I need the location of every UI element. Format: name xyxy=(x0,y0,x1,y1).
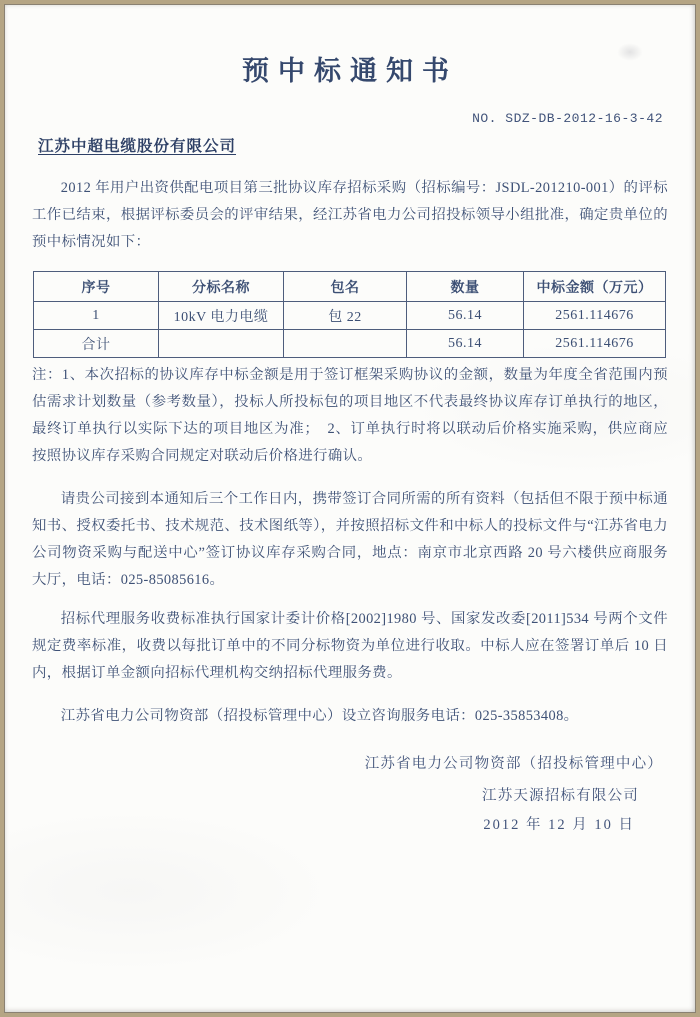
cell-total-package xyxy=(284,330,407,358)
signature-org-materials-dept: 江苏省电力公司物资部（招投标管理中心） xyxy=(365,752,663,773)
agency-fee-paragraph: 招标代理服务收费标准执行国家计委计价格[2002]1980 号、国家发改委[20… xyxy=(32,606,668,687)
col-header-quantity: 数量 xyxy=(407,272,524,302)
cell-total-label: 合计 xyxy=(34,330,159,358)
cell-total-amount: 2561.114676 xyxy=(524,330,666,358)
document-title: 预中标通知书 xyxy=(5,49,695,88)
col-header-lot-name: 分标名称 xyxy=(159,272,284,302)
document-number: NO. SDZ-DB-2012-16-3-42 xyxy=(472,111,663,126)
signature-date: 2012 年 12 月 10 日 xyxy=(483,813,635,834)
cell-package: 包 22 xyxy=(284,302,407,330)
recipient-company-name: 江苏中超电缆股份有限公司 xyxy=(38,134,236,156)
cell-total-quantity: 56.14 xyxy=(407,330,524,358)
table-row: 1 10kV 电力电缆 包 22 56.14 2561.114676 xyxy=(34,302,666,330)
table-total-row: 合计 56.14 2561.114676 xyxy=(34,330,666,358)
col-header-seq: 序号 xyxy=(34,272,159,302)
cell-quantity: 56.14 xyxy=(407,302,524,330)
col-header-package: 包名 xyxy=(284,272,407,302)
cell-amount: 2561.114676 xyxy=(524,302,666,330)
hotline-paragraph: 江苏省电力公司物资部（招投标管理中心）设立咨询服务电话：025-35853408… xyxy=(32,703,668,730)
signature-org-tender-agency: 江苏天源招标有限公司 xyxy=(482,784,639,805)
cell-lot-name: 10kV 电力电缆 xyxy=(159,302,284,330)
intro-paragraph: 2012 年用户出资供配电项目第三批协议库存招标采购（招标编号：JSDL-201… xyxy=(32,175,668,256)
cell-seq: 1 xyxy=(34,302,159,330)
col-header-amount: 中标金额（万元） xyxy=(524,272,666,302)
cell-total-lot-name xyxy=(159,330,284,358)
note-paragraph: 注：1、本次招标的协议库存中标金额是用于签订框架采购协议的金额，数量为年度全省范… xyxy=(32,362,668,470)
bid-result-table: 序号 分标名称 包名 数量 中标金额（万元） 1 10kV 电力电缆 包 22 … xyxy=(33,271,666,358)
contract-signing-paragraph: 请贵公司接到本通知后三个工作日内，携带签订合同所需的所有资料（包括但不限于预中标… xyxy=(32,486,668,594)
document-page: 预中标通知书 NO. SDZ-DB-2012-16-3-42 江苏中超电缆股份有… xyxy=(4,4,696,1013)
scanned-document-frame: 预中标通知书 NO. SDZ-DB-2012-16-3-42 江苏中超电缆股份有… xyxy=(0,0,700,1017)
table-header-row: 序号 分标名称 包名 数量 中标金额（万元） xyxy=(34,272,666,302)
